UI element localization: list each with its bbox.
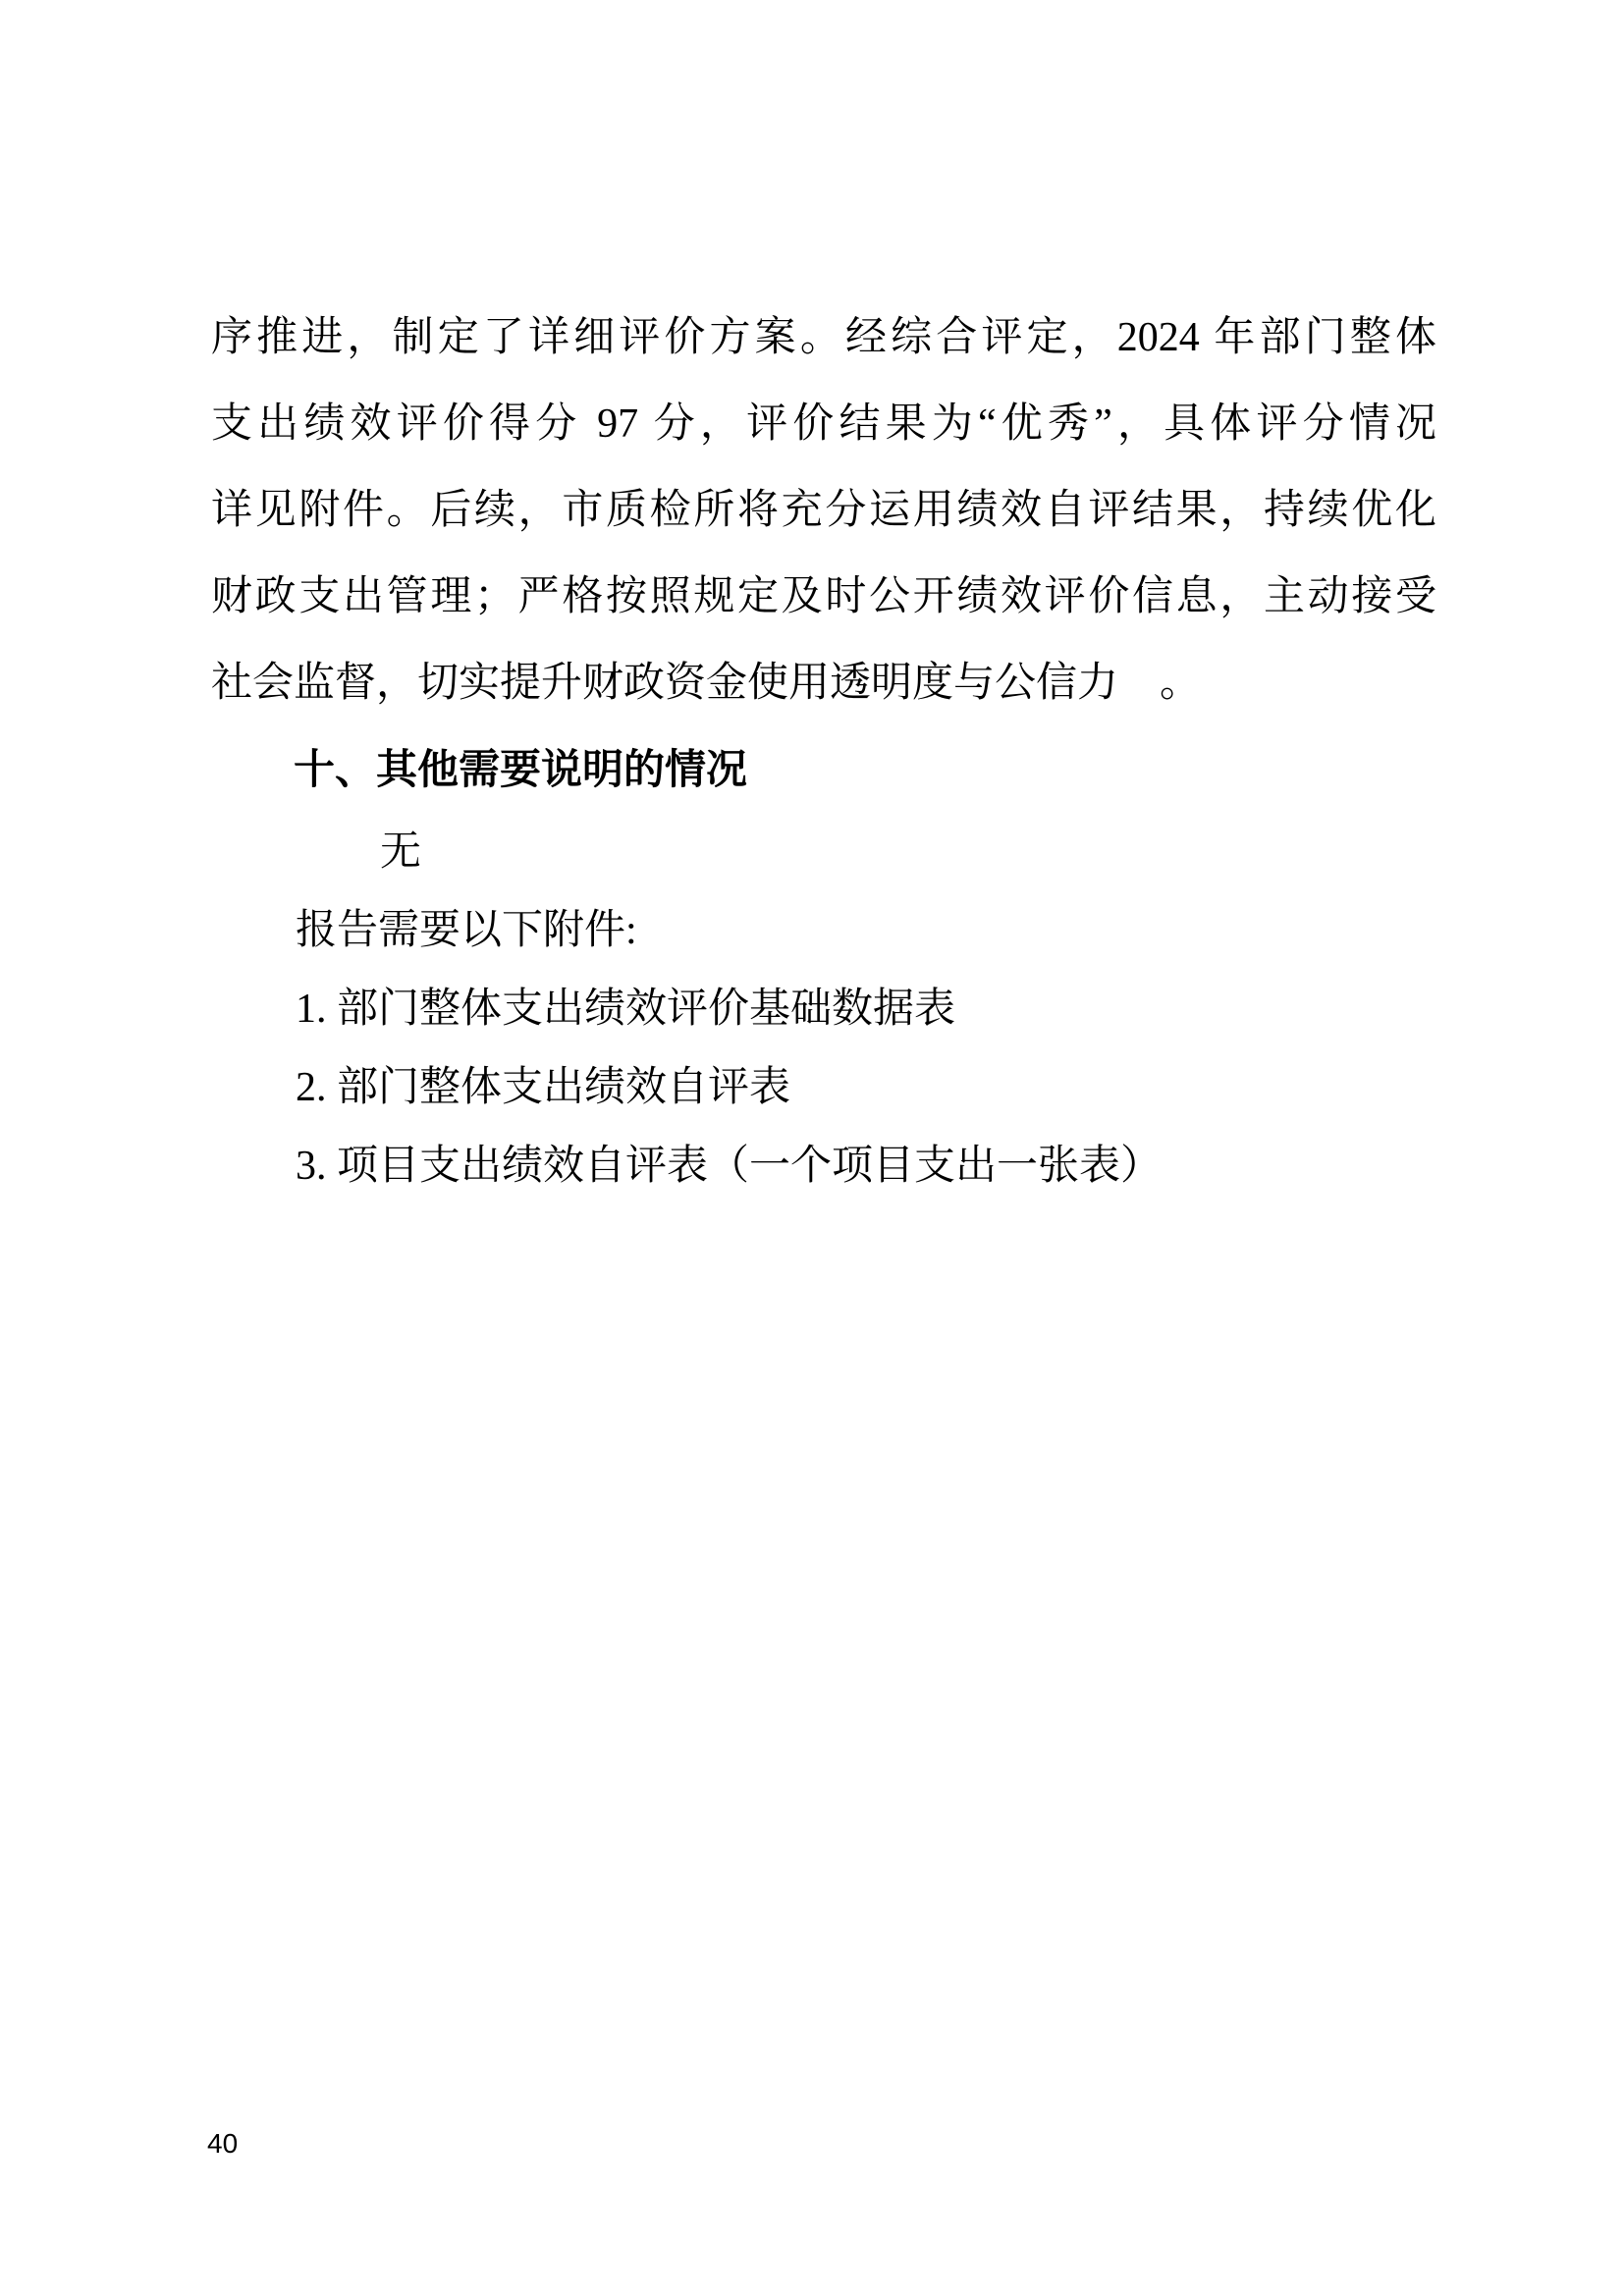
paragraph-line-1: 序推进，制定了详细评价方案。经综合评定，2024 年部门整体 [211, 294, 1436, 381]
section-none-text: 无 [211, 813, 1436, 891]
paragraph-line-4: 财政支出管理；严格按照规定及时公开绩效评价信息，主动接受 [211, 554, 1436, 640]
paragraph-line-2: 支出绩效评价得分 97 分，评价结果为“优秀”，具体评分情况 [211, 381, 1436, 467]
attachment-item-2: 2. 部门整体支出绩效自评表 [211, 1048, 1436, 1127]
page-content: 序推进，制定了详细评价方案。经综合评定，2024 年部门整体 支出绩效评价得分 … [211, 294, 1436, 1205]
attachment-item-3: 3. 项目支出绩效自评表（一个项目支出一张表） [211, 1127, 1436, 1205]
page-number: 40 [207, 2128, 238, 2160]
attachments-intro: 报告需要以下附件: [211, 891, 1436, 970]
paragraph-line-3: 详见附件。后续，市质检所将充分运用绩效自评结果，持续优化 [211, 467, 1436, 554]
document-page: 序推进，制定了详细评价方案。经综合评定，2024 年部门整体 支出绩效评价得分 … [0, 0, 1624, 2296]
section-heading: 十、其他需要说明的情况 [211, 726, 1436, 813]
paragraph-line-5: 社会监督，切实提升财政资金使用透明度与公信力 。 [211, 640, 1436, 726]
attachment-item-1: 1. 部门整体支出绩效评价基础数据表 [211, 970, 1436, 1048]
